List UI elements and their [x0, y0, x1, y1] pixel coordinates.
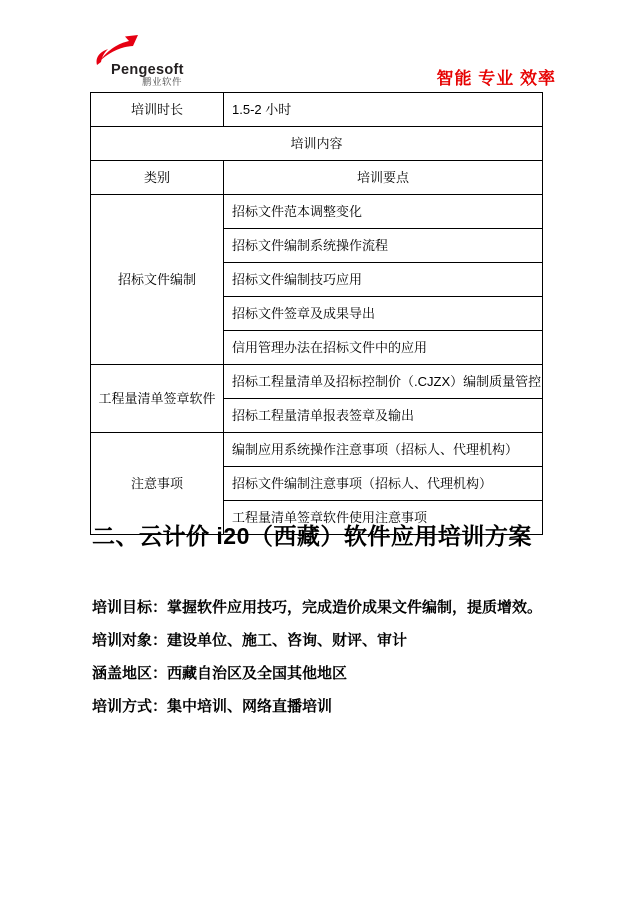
header-slogan: 智能 专业 效率 [437, 64, 556, 89]
paragraph-training-audience: 培训对象：建设单位、施工、咨询、财评、审计 [92, 633, 562, 649]
section-heading: 二、云计价 i20（西藏）软件应用培训方案 [92, 521, 562, 551]
logo-brand-text: Pengesoft [111, 63, 215, 77]
table-row: 培训时长 1.5-2 小时 [91, 93, 543, 127]
table-row: 类别 培训要点 [91, 161, 543, 195]
table-row: 培训内容 [91, 127, 543, 161]
points-header-cell: 培训要点 [224, 161, 543, 195]
point-cell: 招标工程量清单报表签章及输出 [224, 399, 543, 433]
paragraph-text: 集中培训、网络直播培训 [167, 698, 332, 715]
point-cell: 信用管理办法在招标文件中的应用 [224, 331, 543, 365]
paragraph-label: 培训对象： [92, 632, 167, 649]
training-content-table: 培训时长 1.5-2 小时 培训内容 类别 培训要点 招标文件编制 招标文件范本… [90, 92, 543, 535]
paragraph-coverage-region: 涵盖地区：西藏自治区及全国其他地区 [92, 666, 562, 682]
point-cell: 招标文件编制注意事项（招标人、代理机构） [224, 467, 543, 501]
document-page: Pengesoft 鹏业软件 智能 专业 效率 培训时长 1.5-2 小时 培训… [0, 0, 636, 899]
pengesoft-logo: Pengesoft 鹏业软件 [95, 34, 215, 88]
point-cell: 编制应用系统操作注意事项（招标人、代理机构） [224, 433, 543, 467]
content-header-cell: 培训内容 [91, 127, 543, 161]
duration-value-cell: 1.5-2 小时 [224, 93, 543, 127]
duration-label-cell: 培训时长 [91, 93, 224, 127]
point-cell: 招标文件编制技巧应用 [224, 263, 543, 297]
paragraph-text: 掌握软件应用技巧，完成造价成果文件编制，提质增效。 [167, 599, 542, 616]
paragraph-label: 培训方式： [92, 698, 167, 715]
point-cell: 招标文件签章及成果导出 [224, 297, 543, 331]
table-row: 注意事项 编制应用系统操作注意事项（招标人、代理机构） [91, 433, 543, 467]
paragraph-text: 西藏自治区及全国其他地区 [167, 665, 347, 682]
paragraph-text: 建设单位、施工、咨询、财评、审计 [167, 632, 407, 649]
section-paragraphs: 培训目标：掌握软件应用技巧，完成造价成果文件编制，提质增效。 培训对象：建设单位… [92, 600, 562, 732]
category-cell-notes: 注意事项 [91, 433, 224, 535]
point-cell: 招标文件编制系统操作流程 [224, 229, 543, 263]
paragraph-label: 涵盖地区： [92, 665, 167, 682]
category-cell-boq-signature: 工程量清单签章软件 [91, 365, 224, 433]
category-cell-bid-doc: 招标文件编制 [91, 195, 224, 365]
table-row: 招标文件编制 招标文件范本调整变化 [91, 195, 543, 229]
paragraph-label: 培训目标： [92, 599, 167, 616]
logo-brand-cn-text: 鹏业软件 [142, 78, 215, 88]
point-cell: 招标文件范本调整变化 [224, 195, 543, 229]
category-header-cell: 类别 [91, 161, 224, 195]
paragraph-training-method: 培训方式：集中培训、网络直播培训 [92, 699, 562, 715]
table-row: 工程量清单签章软件 招标工程量清单及招标控制价（.CJZX）编制质量管控 [91, 365, 543, 399]
point-cell: 招标工程量清单及招标控制价（.CJZX）编制质量管控 [224, 365, 543, 399]
paragraph-training-goal: 培训目标：掌握软件应用技巧，完成造价成果文件编制，提质增效。 [92, 600, 562, 616]
